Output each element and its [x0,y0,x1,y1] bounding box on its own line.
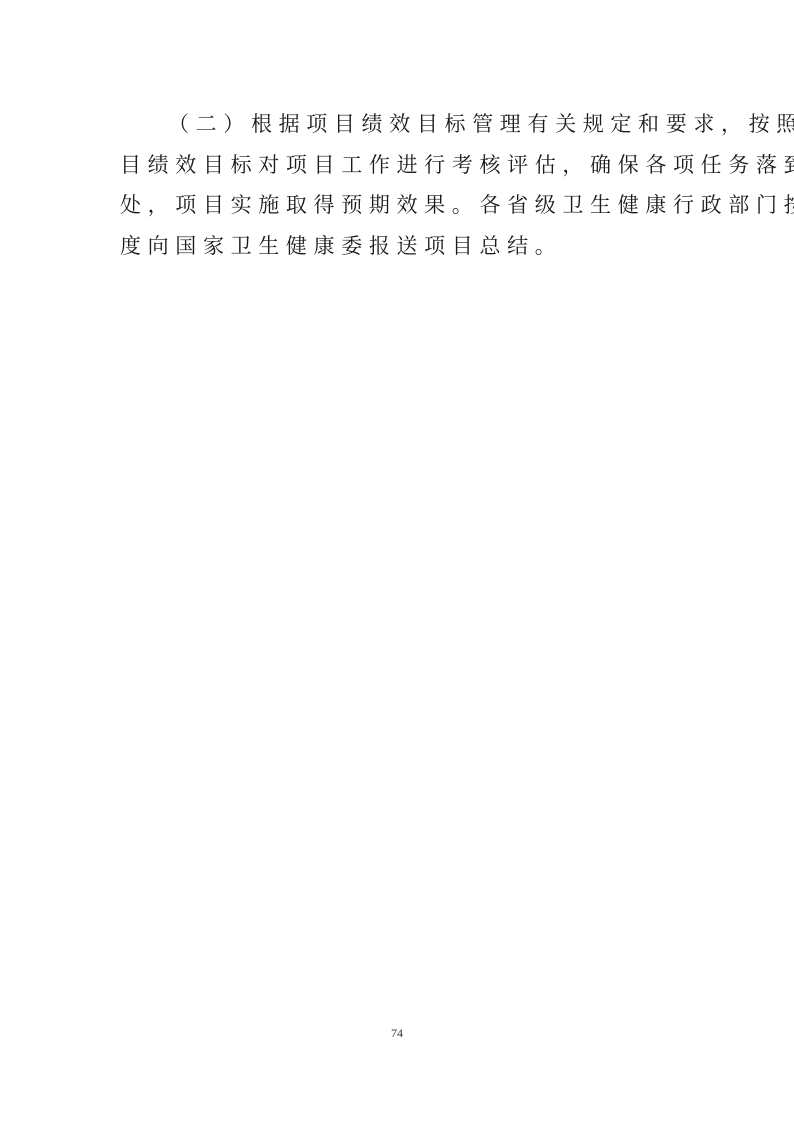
paragraph-line-4: 度向国家卫生健康委报送项目总结。 [120,226,680,267]
paragraph-section-2: （二）根据项目绩效目标管理有关规定和要求，按照项 目绩效目标对项目工作进行考核评… [120,104,680,266]
paragraph-line-2: 目绩效目标对项目工作进行考核评估，确保各项任务落到实 [120,145,680,186]
page-number: 74 [0,1026,794,1041]
paragraph-line-3: 处，项目实施取得预期效果。各省级卫生健康行政部门按年 [120,185,680,226]
document-page: （二）根据项目绩效目标管理有关规定和要求，按照项 目绩效目标对项目工作进行考核评… [0,0,794,1122]
paragraph-line-1: （二）根据项目绩效目标管理有关规定和要求，按照项 [120,104,680,145]
